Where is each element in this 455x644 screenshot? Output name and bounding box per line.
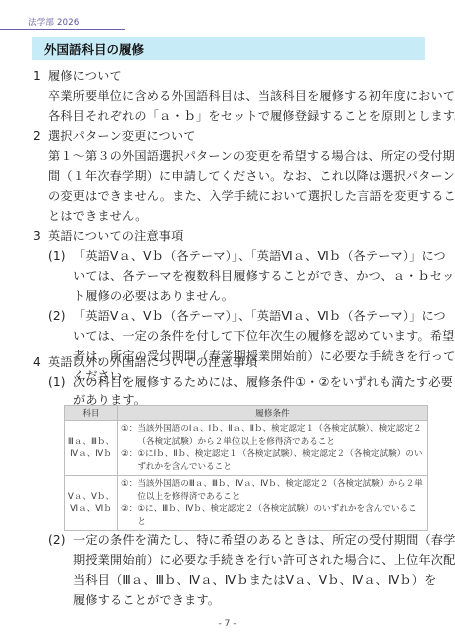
item-line: 「英語Ⅴａ、Ⅴｂ（各テーマ）」、「英語Ⅵａ、Ⅵｂ（各テーマ）」につ xyxy=(73,306,446,326)
section-number: 4 xyxy=(33,352,41,372)
condition-item: ①： 当該外国語のⅠａ、Ⅰｂ、Ⅱａ、Ⅱｂ、検定認定１（各検定試験）、検定認定２（… xyxy=(121,423,424,448)
table-row: Ⅴａ、Ⅴｂ、 Ⅵａ、Ⅵｂ ①： 当該外国語のⅢａ、Ⅲｂ、Ⅳａ、Ⅳｂ、検定認定２（… xyxy=(65,476,428,531)
section-banner: 外国語科目の履修 xyxy=(32,37,425,60)
header-divider xyxy=(0,29,125,30)
conditions-cell: ①： 当該外国語のⅠａ、Ⅰｂ、Ⅱａ、Ⅱｂ、検定認定１（各検定試験）、検定認定２（… xyxy=(118,421,428,476)
item-line: 期授業開始前）に必要な手続きを行い許可された場合に、上位年次配 xyxy=(73,550,455,570)
item-marker: (2) xyxy=(48,306,66,326)
item-line: 一定の条件を満たし、特に希望のあるときは、所定の受付期間（春学 xyxy=(73,530,455,550)
conditions-cell: ①： 当該外国語のⅢａ、Ⅲｂ、Ⅳａ、Ⅳｂ、検定認定２（各検定試験）から２単位以上… xyxy=(118,476,428,531)
section-heading: 英語以外の外国語についての注意事項 xyxy=(48,352,258,372)
condition-text: ①にⅠｂ、Ⅱｂ、検定認定１（各検定試験）、検定認定２（各検定試験）のいずれかを含… xyxy=(137,448,424,473)
item-line: いては、各テーマを複数科目履修することができ、かつ、ａ・ｂセッ xyxy=(73,266,455,286)
paragraph-line: の変更はできません。また、入学手続において選択した言語を変更するこ xyxy=(48,186,455,206)
subject-line: Ⅳａ、Ⅳｂ xyxy=(67,448,115,461)
page-number: - 7 - xyxy=(0,619,455,629)
subject-cell: Ⅴａ、Ⅴｂ、 Ⅵａ、Ⅵｂ xyxy=(65,476,118,531)
condition-mark: ②： xyxy=(121,503,137,528)
condition-text: ①に、Ⅲｂ、Ⅳｂ、検定認定２（各検定試験）のいずれかを含んでいること xyxy=(137,503,424,528)
paragraph-line: 各科目それぞれの「ａ・ｂ」をセットで履修登録することを原則とします。 xyxy=(48,106,455,126)
section-heading: 英語についての注意事項 xyxy=(48,226,183,246)
condition-item: ①： 当該外国語のⅢａ、Ⅲｂ、Ⅳａ、Ⅳｂ、検定認定２（各検定試験）から２単位以上… xyxy=(121,478,424,503)
item-line: いては、一定の条件を付して下位年次生の履修を認めています。希望 xyxy=(73,326,455,346)
subject-line: Ⅵａ、Ⅵｂ xyxy=(67,503,115,516)
section-heading: 履修について xyxy=(48,66,122,86)
condition-text: 当該外国語のⅠａ、Ⅰｂ、Ⅱａ、Ⅱｂ、検定認定１（各検定試験）、検定認定２（各検定… xyxy=(137,423,424,448)
section-heading: 選択パターン変更について xyxy=(48,126,196,146)
condition-mark: ①： xyxy=(121,478,137,503)
item-line: ト履修の必要はありません。 xyxy=(73,286,234,306)
condition-text: 当該外国語のⅢａ、Ⅲｂ、Ⅳａ、Ⅳｂ、検定認定２（各検定試験）から２単位以上を修得… xyxy=(137,478,424,503)
condition-mark: ②： xyxy=(121,448,137,473)
paragraph-line: 間（１年次春学期）に申請してください。なお、これ以降は選択パターン xyxy=(48,166,455,186)
subject-line: Ⅴａ、Ⅴｂ、 xyxy=(67,491,115,504)
document-header-label: 法学部 2026 xyxy=(28,16,79,28)
item-marker: (2) xyxy=(48,530,66,550)
item-marker: (1) xyxy=(48,246,66,266)
item-line: 当科目（Ⅲａ、Ⅲｂ、Ⅳａ、ⅣｂまたはⅤａ、Ⅴｂ、Ⅳａ、Ⅳｂ）を xyxy=(73,570,436,590)
subject-line: Ⅲａ、Ⅲｂ、 xyxy=(67,436,115,449)
paragraph-line: とはできません。 xyxy=(48,206,147,226)
item-line: 「英語Ⅴａ、Ⅴｂ（各テーマ）」、「英語Ⅵａ、Ⅵｂ（各テーマ）」につ xyxy=(73,246,446,266)
condition-item: ②： ①に、Ⅲｂ、Ⅳｂ、検定認定２（各検定試験）のいずれかを含んでいること xyxy=(121,503,424,528)
conditions-table: 科目 履修条件 Ⅲａ、Ⅲｂ、 Ⅳａ、Ⅳｂ ①： 当該外国語のⅠａ、Ⅰｂ、Ⅱａ、Ⅱ… xyxy=(64,405,428,531)
column-header-subject: 科目 xyxy=(65,406,118,421)
paragraph-line: 卒業所要単位に含める外国語科目は、当該科目を履修する初年度において、 xyxy=(48,86,455,106)
subject-cell: Ⅲａ、Ⅲｂ、 Ⅳａ、Ⅳｂ xyxy=(65,421,118,476)
condition-item: ②： ①にⅠｂ、Ⅱｂ、検定認定１（各検定試験）、検定認定２（各検定試験）のいずれ… xyxy=(121,448,424,473)
item-line: 次の科目を履修するためには、履修条件①・②をいずれも満たす必要 xyxy=(73,372,453,392)
column-header-conditions: 履修条件 xyxy=(118,406,428,421)
section-number: 2 xyxy=(33,126,41,146)
section-number: 3 xyxy=(33,226,41,246)
section-number: 1 xyxy=(33,66,41,86)
item-marker: (1) xyxy=(48,372,66,392)
table-row: Ⅲａ、Ⅲｂ、 Ⅳａ、Ⅳｂ ①： 当該外国語のⅠａ、Ⅰｂ、Ⅱａ、Ⅱｂ、検定認定１（… xyxy=(65,421,428,476)
paragraph-line: 第１～第３の外国語選択パターンの変更を希望する場合は、所定の受付期 xyxy=(48,146,455,166)
condition-mark: ①： xyxy=(121,423,137,448)
page-title: 外国語科目の履修 xyxy=(44,40,144,58)
item-line: 履修することができます。 xyxy=(73,590,220,610)
